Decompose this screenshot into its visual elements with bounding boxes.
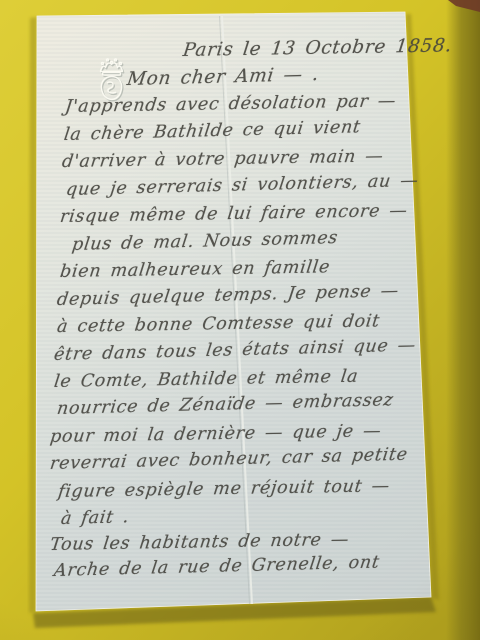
letter-line: être dans tous les états ainsi que — (53, 336, 417, 365)
letter-line: à cette bonne Comtesse qui doit (56, 312, 381, 337)
photo-of-handwritten-letter: Paris le 13 Octobre 1858. Mon cher Ami —… (0, 0, 480, 640)
letter-line: que je serrerais si volontiers, au — (65, 172, 420, 201)
letter-line: pour moi la dernière — que je — (49, 422, 383, 447)
letter-line: reverrai avec bonheur, car sa petite (49, 446, 409, 475)
letter-line: Arche de la rue de Grenelle, ont (53, 553, 381, 581)
letter-line: la chère Bathilde ce qui vient (63, 118, 362, 145)
letter-line: J'apprends avec désolation par — (64, 92, 397, 117)
letter-line: d'arriver à votre pauvre main — (61, 147, 385, 172)
letter-salutation: Mon cher Ami — . (126, 65, 321, 90)
letter-line: nourrice de Zénaïde — embrassez (56, 391, 395, 419)
letter-line: plus de mal. Nous sommes (71, 229, 339, 255)
letter-line: bien malheureux en famille (59, 258, 331, 282)
letter-line: le Comte, Bathilde et même la (53, 368, 360, 393)
handwriting-layer: Paris le 13 Octobre 1858. Mon cher Ami —… (0, 0, 480, 640)
letter-line: Tous les habitants de notre — (49, 531, 350, 556)
letter-dateline: Paris le 13 Octobre 1858. (182, 36, 453, 61)
letter-line: figure espiègle me réjouit tout — (57, 477, 391, 502)
letter-line: depuis quelque temps. Je pense — (56, 282, 400, 310)
letter-line: risque même de lui faire encore — (59, 202, 409, 227)
letter-line: à fait . (60, 508, 131, 529)
